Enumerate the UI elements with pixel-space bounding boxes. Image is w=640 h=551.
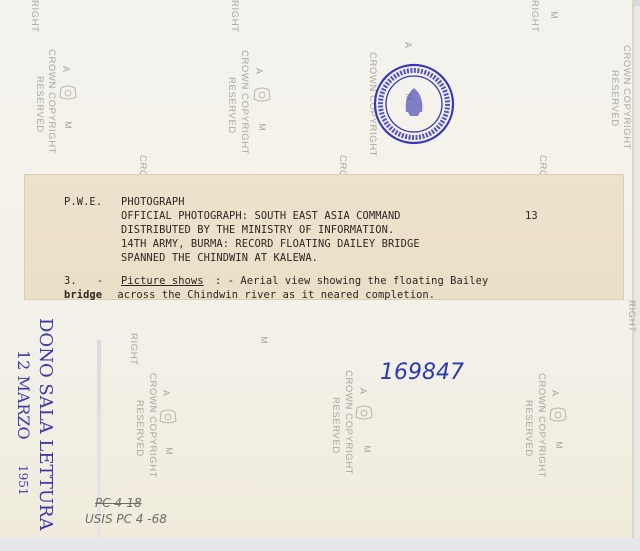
caption-para-dash: - — [97, 275, 103, 287]
donation-stamp-date: 12 MARZO — [14, 350, 33, 440]
watermark-letter-a: A — [254, 68, 264, 74]
tape-residue — [97, 340, 101, 540]
watermark-partial-right: RIGHT — [29, 0, 40, 33]
bottom-edge-strip — [0, 538, 640, 551]
watermark-crown-copyright: CROWN COPYRIGHT — [147, 373, 158, 478]
caption-description-line2: across the Chindwin river as it neared c… — [111, 289, 435, 301]
watermark-partial-right: RIGHT — [529, 0, 540, 33]
crown-emblem-icon — [548, 406, 568, 424]
caption-picture-shows: Picture shows — [121, 275, 204, 287]
caption-line-distributed: DISTRIBUTED BY THE MINISTRY OF INFORMATI… — [121, 224, 394, 236]
caption-pwe-prefix: P.W.E. — [64, 196, 102, 208]
caption-line-spanned: SPANNED THE CHINDWIN AT KALEWA. — [121, 252, 318, 264]
watermark-crown-copyright: CROWN COPYRIGHT — [536, 373, 547, 478]
watermark-letter-m: M — [362, 445, 372, 453]
watermark-letter-a: A — [161, 390, 171, 396]
caption-para-number: 3. — [64, 275, 77, 287]
pencil-ref-struck: PC 4-18 — [95, 496, 142, 510]
watermark-crown-copyright: CROWN COPYRIGHT — [239, 50, 250, 155]
watermark-letter-a: A — [358, 388, 368, 394]
watermark-partial-right: RIGHT — [229, 0, 240, 33]
donation-stamp-text: DONO SALA LETTURA — [35, 318, 56, 531]
watermark-reserved: RESERVED — [523, 400, 534, 457]
caption-label: P.W.E. PHOTOGRAPH OFFICIAL PHOTOGRAPH: S… — [24, 174, 624, 300]
watermark-reserved: RESERVED — [330, 397, 341, 454]
watermark-reserved: RESERVED — [34, 76, 45, 133]
watermark-letter-m: M — [63, 121, 73, 129]
watermark-reserved: RESERVED — [226, 77, 237, 134]
crown-emblem-icon — [158, 408, 178, 426]
library-round-stamp-icon — [372, 62, 456, 146]
watermark-letter-a: A — [550, 390, 560, 396]
caption-line-photograph: PHOTOGRAPH — [121, 196, 185, 208]
pencil-ref-current: USIS PC 4 -68 — [85, 512, 167, 526]
watermark-letter-m: M — [257, 123, 267, 131]
watermark-reserved: RESERVED — [134, 400, 145, 457]
watermark-letter-a: A — [61, 66, 71, 72]
watermark-partial-right: RIGHT — [128, 333, 139, 366]
caption-number: 13 — [525, 210, 538, 222]
watermark-crown-copyright: CROWN COPYRIGHT — [46, 49, 57, 154]
watermark-partial-right: RIGHT — [626, 300, 637, 333]
watermark-crown-copyright: CROWN COPYRIGHT — [343, 370, 354, 475]
photo-back-paper: CROWN COPYRIGHT RESERVED A M CROWN COPYR… — [0, 0, 634, 538]
watermark-reserved: RESERVED — [609, 70, 620, 127]
crown-emblem-icon — [58, 84, 78, 102]
watermark-letter-m: M — [554, 441, 564, 449]
catalog-number-handwritten: 169847 — [380, 360, 464, 385]
crown-emblem-icon — [252, 86, 272, 104]
caption-line-official: OFFICIAL PHOTOGRAPH: SOUTH EAST ASIA COM… — [121, 210, 401, 222]
watermark-letter-m: M — [549, 11, 559, 19]
caption-description-line1: : - Aerial view showing the floating Bai… — [215, 275, 488, 287]
watermark-letter-m: M — [259, 336, 269, 344]
watermark-letter-m: M — [164, 447, 174, 455]
watermark-letter-a: A — [403, 42, 413, 48]
caption-line-army: 14TH ARMY, BURMA: RECORD FLOATING DAILEY… — [121, 238, 420, 250]
caption-bridge-word: bridge — [64, 289, 102, 301]
watermark-crown-copyright: CROWN COPYRIGHT — [621, 45, 632, 150]
crown-emblem-icon — [354, 404, 374, 422]
donation-stamp-year: 1951 — [16, 465, 30, 496]
